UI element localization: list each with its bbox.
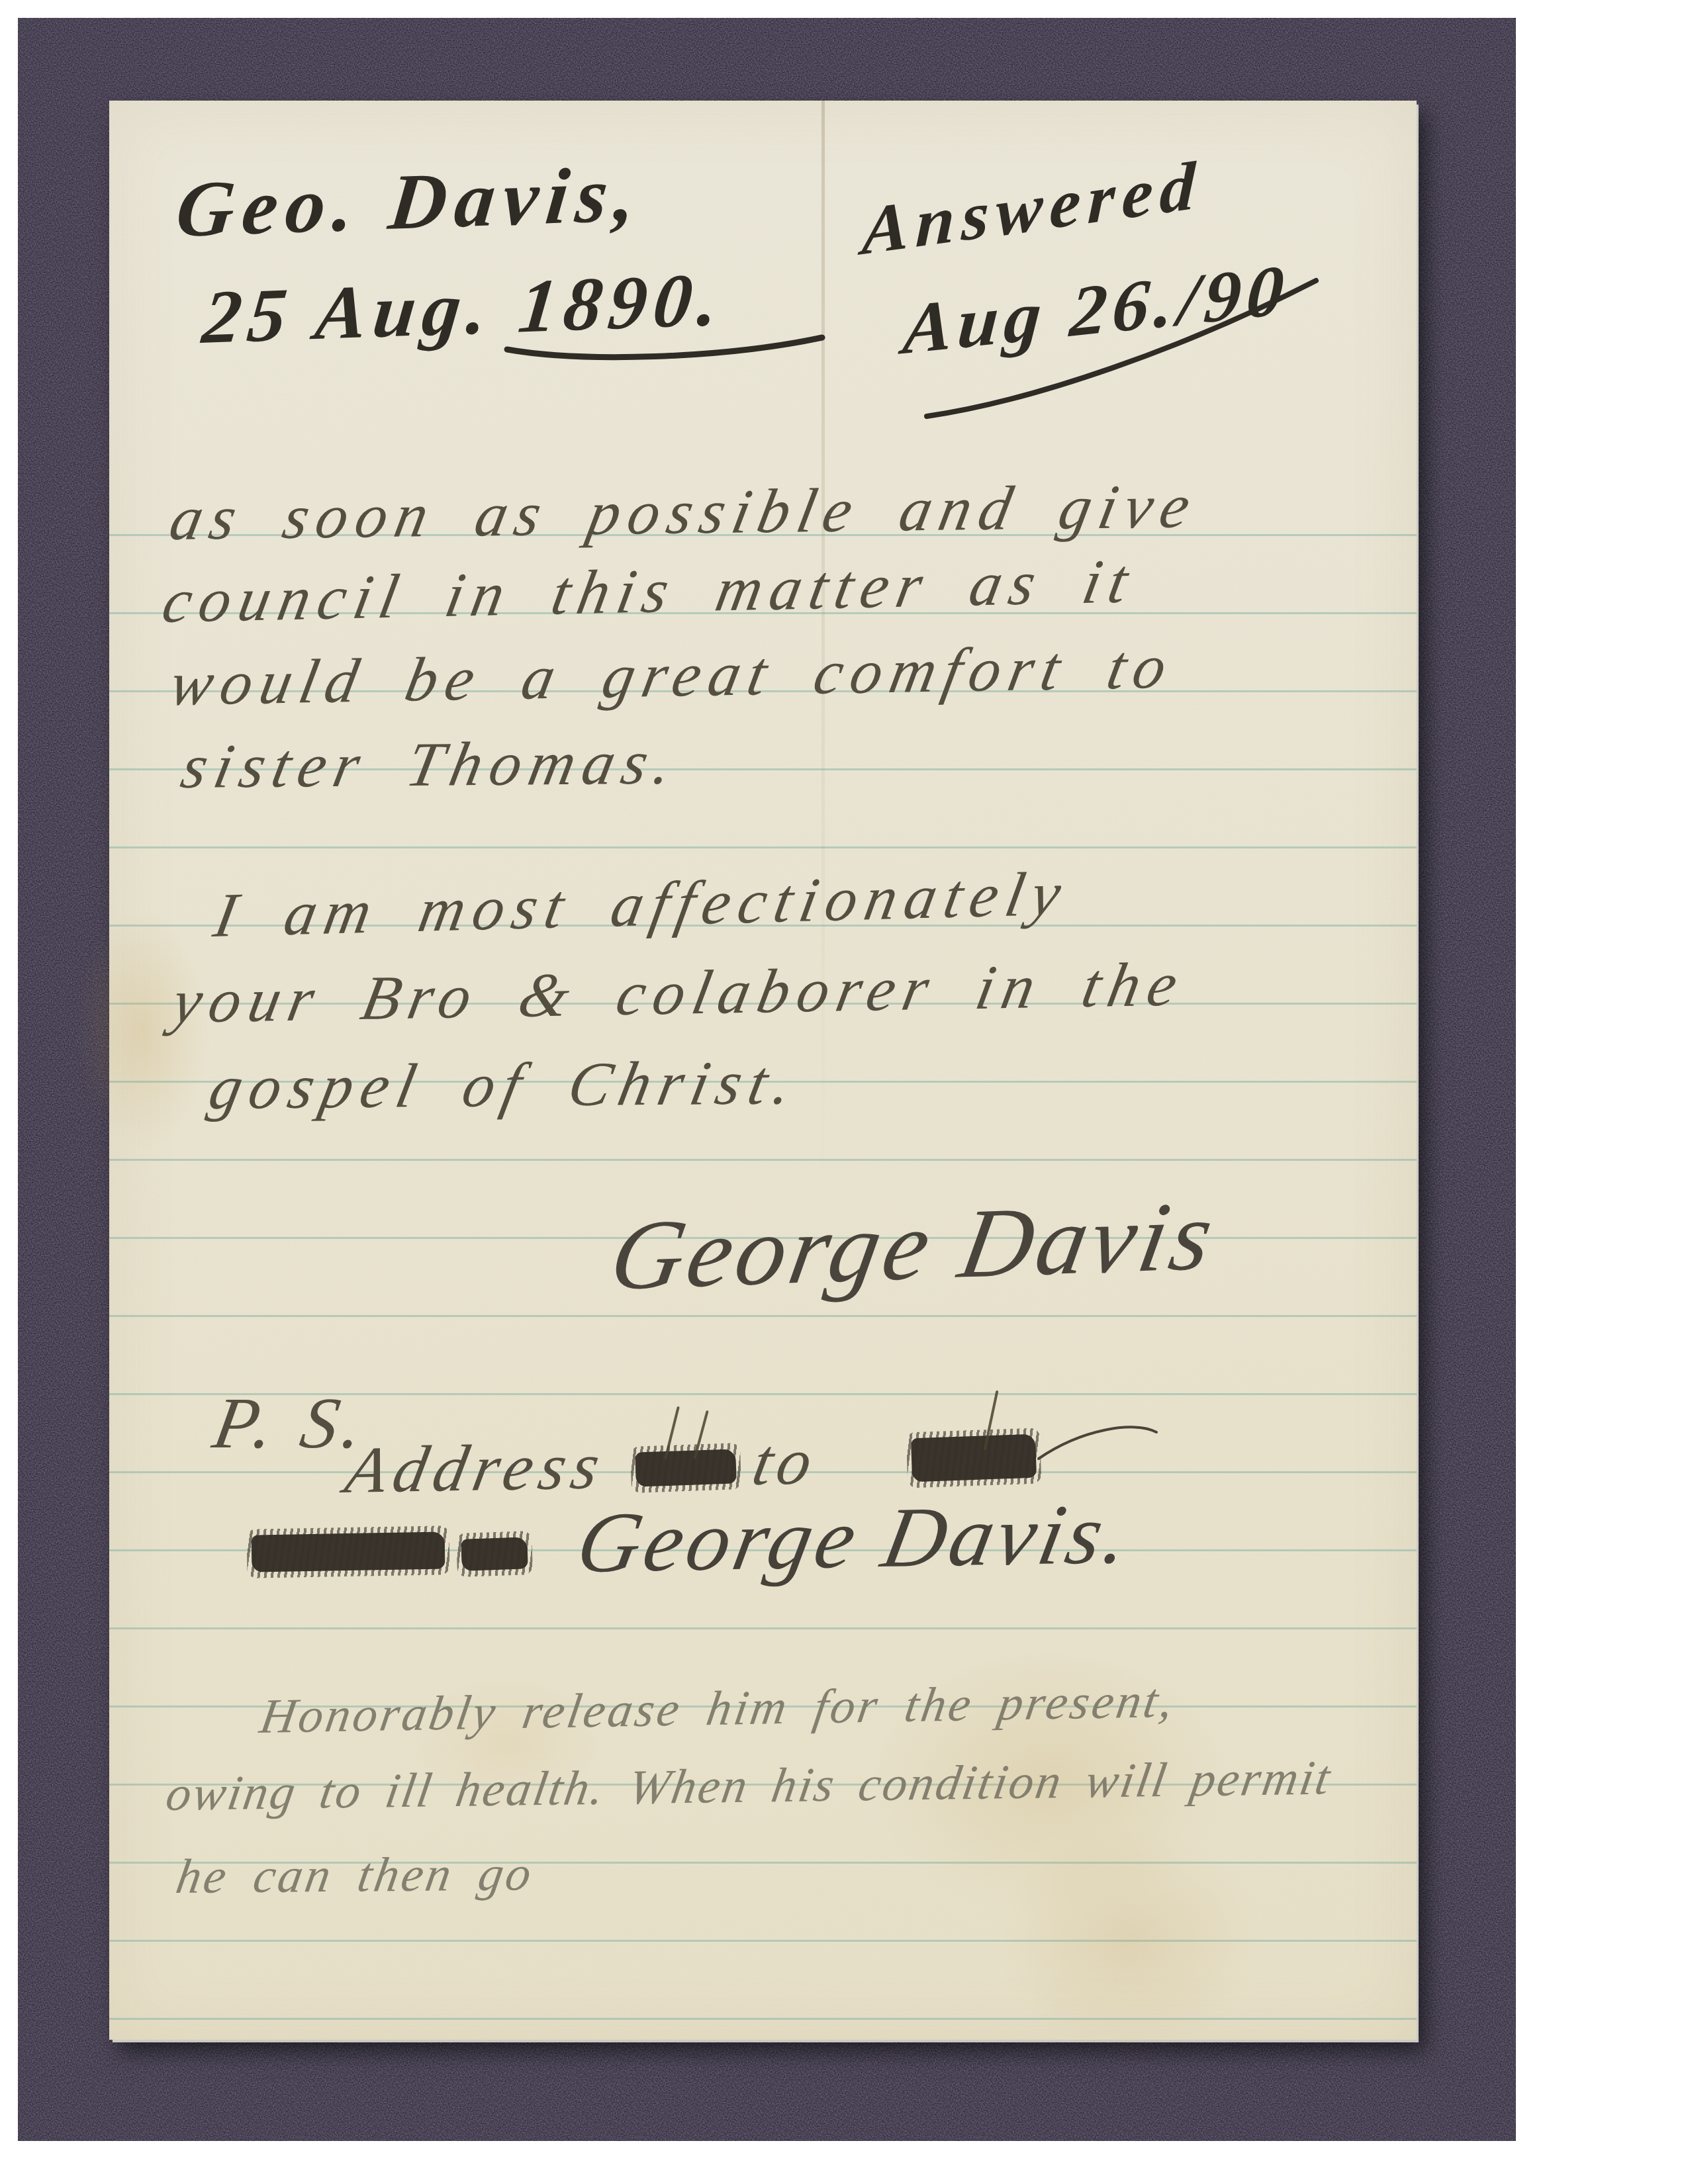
flourish-stroke (927, 281, 1316, 416)
docket-sender-name: Geo. Davis, (172, 148, 648, 255)
postscript-label: P. S. (207, 1381, 375, 1465)
scanned-letter-photo: Geo. Davis, 25 Aug. 1890. Answered Aug 2… (0, 0, 1688, 2184)
flourish-stroke (507, 338, 822, 357)
pencil-note-line: he can then go (172, 1846, 538, 1905)
answered-underline-flourish (920, 274, 1331, 424)
date-flourish-underline (503, 331, 827, 372)
postscript-name: George Davis. (569, 1484, 1141, 1593)
body-line: sister Thomas. (175, 725, 686, 803)
signature: George Davis (602, 1179, 1225, 1313)
letter-paper: Geo. Davis, 25 Aug. 1890. Answered Aug 2… (109, 101, 1417, 2040)
closing-line: gospel of Christ. (203, 1046, 806, 1124)
scribbled-out-word (461, 1537, 528, 1570)
flourish-stroke (1039, 1427, 1156, 1459)
scribbled-out-word (911, 1434, 1037, 1482)
body-line: as soon as possible and give (164, 469, 1204, 555)
scribbled-out-word (635, 1449, 737, 1486)
scribbled-out-word (252, 1531, 445, 1572)
postscript-address-word: Address (340, 1428, 612, 1508)
postscript-tail-flourish (1035, 1415, 1162, 1471)
